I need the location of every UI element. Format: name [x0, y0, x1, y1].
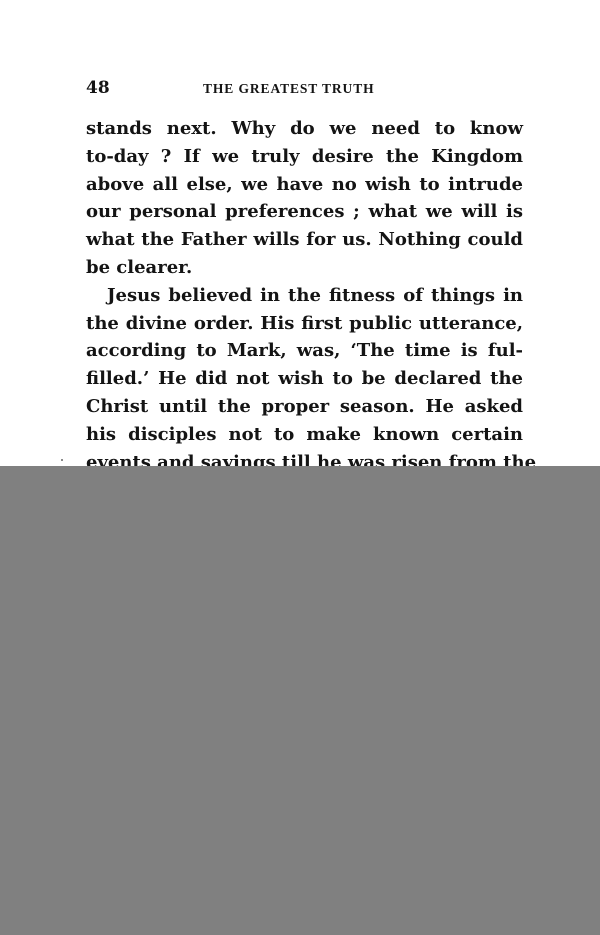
text-line: be clearer.	[86, 254, 523, 282]
running-head: 48 THE GREATEST TRUTH	[86, 78, 523, 98]
text-line: filled.’ He did not wish to be declared …	[86, 365, 523, 393]
paragraph-1: stands next. Why do we need to know to-d…	[86, 115, 523, 282]
page-number: 48	[86, 78, 110, 98]
gray-occlusion-overlay	[0, 466, 600, 935]
text-line: his disciples not to make known certain	[86, 421, 523, 449]
text-line: what the Father wills for us. Nothing co…	[86, 226, 523, 254]
paragraph-2: Jesus believed in the fitness of things …	[86, 282, 523, 477]
body-text: stands next. Why do we need to know to-d…	[86, 115, 523, 476]
text-line: according to Mark, was, ‘The time is ful…	[86, 337, 523, 365]
text-line: the divine order. His first public utter…	[86, 310, 523, 338]
text-line: to-day ? If we truly desire the Kingdom	[86, 143, 523, 171]
running-title: THE GREATEST TRUTH	[203, 80, 375, 98]
text-line: Christ until the proper season. He asked	[86, 393, 523, 421]
text-line: above all else, we have no wish to intru…	[86, 171, 523, 199]
text-line: our personal preferences ; what we will …	[86, 198, 523, 226]
book-page: 48 THE GREATEST TRUTH stands next. Why d…	[0, 0, 600, 935]
text-line: stands next. Why do we need to know	[86, 115, 523, 143]
scan-speck	[61, 459, 63, 461]
text-line: Jesus believed in the fitness of things …	[86, 282, 523, 310]
